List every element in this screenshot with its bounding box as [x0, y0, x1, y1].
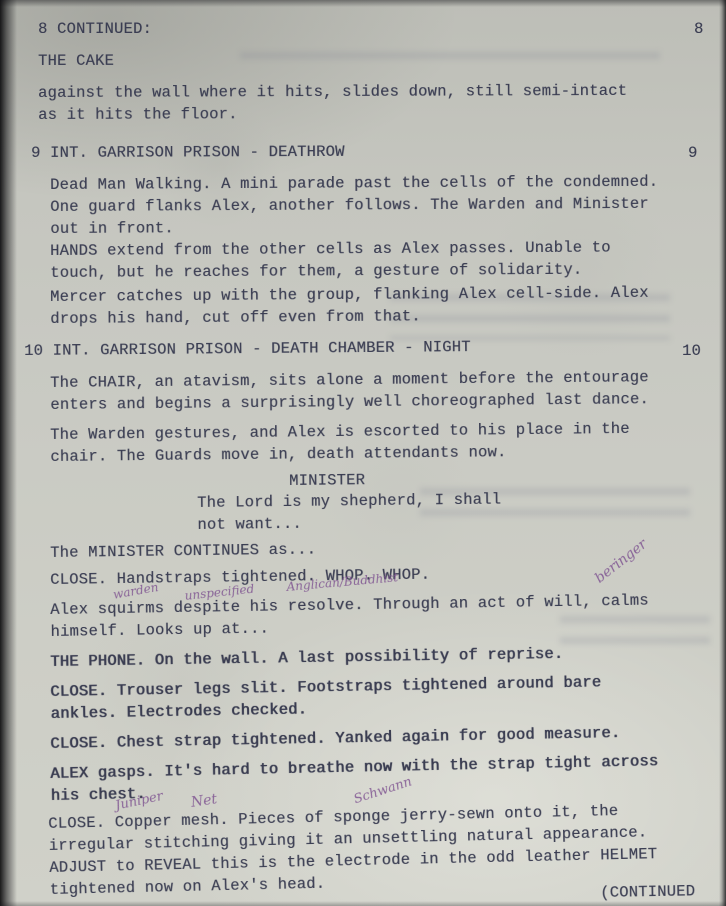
- handwritten-note: beringer: [592, 536, 650, 586]
- photo-edge-left: [0, 0, 17, 906]
- scene-9-number-right: 9: [688, 142, 698, 164]
- action-paragraph: THE PHONE. On the wall. A last possibili…: [50, 643, 563, 673]
- action-paragraph: HANDS extend from the other cells as Ale…: [50, 237, 611, 284]
- photo-edge-right: [719, 0, 726, 906]
- scene-10-number-right: 10: [682, 340, 701, 362]
- dialogue-lines: The Lord is my shepherd, I shall not wan…: [197, 489, 502, 536]
- scene-8-number-right: 8: [694, 18, 704, 40]
- action-paragraph: Alex squirms despite his resolve. Throug…: [50, 590, 649, 643]
- action-paragraph: Dead Man Walking. A mini parade past the…: [50, 171, 658, 240]
- action-paragraph: CLOSE. Copper mesh. Pieces of sponge jer…: [48, 799, 658, 901]
- action-paragraph: The MINISTER CONTINUES as...: [50, 539, 316, 564]
- bleed-through-smudge: [240, 52, 660, 68]
- handwritten-note: Net: [190, 791, 218, 810]
- scene-8-continued-header: 8 CONTINUED:: [38, 18, 152, 40]
- screenplay-page-photo: 8 CONTINUED: 8 THE CAKE against the wall…: [0, 0, 726, 906]
- action-paragraph: Mercer catches up with the group, flanki…: [50, 282, 649, 330]
- scene-heading-10: 10 INT. GARRISON PRISON - DEATH CHAMBER …: [24, 336, 471, 362]
- action-paragraph: against the wall where it hits, slides d…: [38, 80, 627, 126]
- photo-edge-top: [0, 0, 726, 7]
- action-paragraph: The Warden gestures, and Alex is escorte…: [50, 418, 630, 468]
- action-paragraph: CLOSE. Trouser legs slit. Footstraps tig…: [50, 671, 602, 725]
- scene-heading-9: 9 INT. GARRISON PRISON - DEATHROW: [31, 141, 345, 164]
- dialogue-character-minister: MINISTER: [289, 469, 365, 492]
- slug-the-cake: THE CAKE: [38, 50, 114, 72]
- action-paragraph: The CHAIR, an atavism, sits alone a mome…: [50, 366, 649, 416]
- photo-edge-bottom: [0, 901, 726, 906]
- action-paragraph: CLOSE. Chest strap tightened. Yanked aga…: [50, 722, 620, 755]
